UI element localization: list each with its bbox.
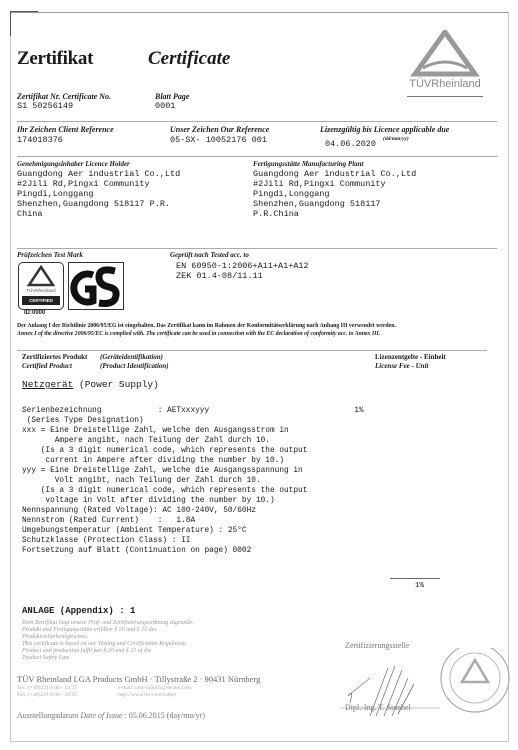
appendix-note: Product Safety Law.: [22, 655, 194, 662]
date-of-issue: Ausstellungsdatum Date of Issue : 05.06.…: [17, 711, 205, 720]
certified-product-label-de: Zertifiziertes Produkt: [22, 353, 87, 361]
licence-holder-label: Genehmigungsinhaber Licence Holder: [17, 160, 130, 168]
address-line: P.R.China: [253, 209, 416, 219]
appendix-label: ANLAGE (Appendix) : 1: [22, 606, 135, 616]
title-de: Zertifikat: [17, 48, 93, 70]
divider: [17, 156, 497, 157]
appendix-note: Product and production fulfil par § 20 a…: [22, 648, 194, 655]
logo-underline: [407, 96, 483, 97]
legal-text-en: Annex I of the directive 2006/95/EC is c…: [17, 330, 380, 338]
product-identification-label-en: (Product Identification): [100, 362, 169, 370]
page-number: 0001: [155, 101, 175, 111]
test-mark-label: Prüfzeichen Test Mark: [17, 251, 83, 259]
frame-corner: [10, 11, 11, 36]
product-name-en: (Power Supply): [79, 379, 159, 390]
issuer-company: TÜV Rheinland LGA Products GmbH · Tillys…: [17, 674, 260, 684]
product-line: voltage in Volt after dividing the numbe…: [22, 496, 364, 506]
total-line: [390, 578, 440, 579]
client-reference: 174018376: [17, 135, 63, 145]
tuv-certified-mark: TÜVRheinland CERTIFIED: [18, 262, 64, 310]
certificate-number: S1 50256149: [17, 101, 73, 111]
signatory-name: Dipl.-Ing. T. Stoebel: [345, 703, 411, 712]
address-line: Shenzhen,Guangdong 518117 P.R.: [17, 199, 180, 209]
divider: [17, 350, 487, 351]
product-identification-label-de: (Geräteidentifikation): [100, 353, 163, 361]
appendix-note: Produkt und Fertigungsstätte erfüllen § …: [22, 627, 194, 634]
licence-fee-label-de: Lizenzentgelte - Einheit: [375, 353, 446, 361]
appendix-note: Produktsicherheitsgesetzes.: [22, 634, 194, 641]
standard: ZEK 01.4-08/11.11: [176, 271, 309, 281]
frame-corner: [10, 11, 38, 12]
product-line: Nennspannung (Rated Voltage): AC 100-240…: [22, 506, 364, 516]
mark-text: TÜVRheinland: [19, 288, 63, 293]
issuer-website[interactable]: http://www.tuv.com/safety: [118, 692, 176, 699]
appendix-note: Dem Zertifikat liegt unsere Prüf- und Ze…: [22, 620, 194, 627]
address-line: Pingdi,Longgang: [17, 189, 180, 199]
appendix-note: This certificate is based on our Testing…: [22, 641, 194, 648]
issuer-tel: Tel.: (+49)221/8 06 - 13 71: [17, 685, 77, 692]
manufacturing-plant-address: Guangdong Aer industrial Co.,Ltd #2Jili …: [253, 169, 416, 219]
product-line: Ampere angibt, nach Teilung der Zahl dur…: [22, 436, 364, 446]
product-line: Volt angibt, nach Teilung der Zahl durch…: [22, 476, 364, 486]
certificate-number-label: Zertifikat Nr. Certificate No.: [17, 92, 111, 101]
expiry-date: 04.06.2020: [325, 139, 376, 149]
gs-logo-icon: [69, 263, 123, 309]
expiry-format: (dd/mm/yy): [383, 136, 409, 142]
tuv-triangle-icon: [405, 30, 485, 78]
issue-label-en: Date of Issue: [80, 711, 122, 720]
divider: [17, 248, 497, 249]
gs-mark: [68, 262, 124, 310]
mark-id: ID:0000: [24, 310, 45, 316]
product-name: Netzgerät (Power Supply): [22, 380, 159, 390]
address-line: #2Jili Rd,Pingxi Community: [17, 179, 180, 189]
product-line: xxx = Eine Dreistellige Zahl, welche den…: [22, 426, 364, 436]
product-line: Umgebungstemperatur (Ambient Temperature…: [22, 526, 364, 536]
product-line: (Is a 3 digit numerical code, which repr…: [22, 486, 364, 496]
expiry-label: Lizenzgültig bis Licence applicable due: [320, 125, 449, 134]
certified-badge: CERTIFIED: [22, 296, 60, 305]
product-line: current in Ampere after dividing the num…: [22, 456, 364, 466]
issuer-email[interactable]: e-mail: cert-validity@de.tuv.com: [118, 685, 191, 692]
licence-holder-address: Guangdong Aer industrial Co.,Ltd #2Jili …: [17, 169, 180, 219]
title-en: Certificate: [148, 48, 230, 70]
divider: [17, 121, 497, 122]
product-line: (Is a 3 digit numerical code, which repr…: [22, 446, 364, 456]
address-line: Pingdi,Longgang: [253, 189, 416, 199]
our-reference-label: Unser Zeichen Our Reference: [170, 125, 269, 134]
address-line: Guangdong Aer industrial Co.,Ltd: [253, 169, 416, 179]
legal-text-de: Der Anhang I der Richtlinie 2006/95/EG i…: [17, 322, 396, 330]
address-line: China: [17, 209, 180, 219]
address-line: Shenzhen,Guangdong 518117: [253, 199, 416, 209]
issue-date: : 05.06.2015 (day/mo/yr): [125, 711, 205, 720]
issue-label-de: Ausstellungsdatum: [17, 711, 78, 720]
page-label: Blatt Page: [155, 92, 189, 101]
product-details: Serienbezeichnung : AETxxxyyy 1% (Series…: [22, 406, 364, 556]
issuer-fax: Fax: (+49)221/8 06 - 39 35: [17, 692, 77, 699]
standard: EN 60950-1:2006+A11+A1+A12: [176, 261, 309, 271]
licence-fee-total: 1%: [415, 581, 424, 591]
manufacturing-plant-label: Fertigungsstätte Manufacturing Plant: [253, 160, 363, 168]
product-line: Schutzklasse (Protection Class) : II: [22, 536, 364, 546]
product-line: Nennstrom (Rated Current) : 1.8A: [22, 516, 364, 526]
licence-fee-label-en: License Fee - Unit: [375, 362, 428, 370]
tested-according-label: Geprüft nach Tested acc. to: [170, 251, 249, 259]
product-line: Serienbezeichnung : AETxxxyyy 1%: [22, 406, 364, 416]
address-line: Guangdong Aer industrial Co.,Ltd: [17, 169, 180, 179]
tuv-logo: TÜVRheinland: [405, 30, 485, 100]
product-line: Fortsetzung auf Blatt (Continuation on p…: [22, 546, 364, 556]
product-line: (Series Type Designation): [22, 416, 364, 426]
client-reference-label: Ihr Zeichen Client Reference: [17, 125, 114, 134]
product-name-de: Netzgerät: [22, 379, 73, 390]
appendix-notes: Dem Zertifikat liegt unsere Prüf- und Ze…: [22, 620, 194, 662]
product-line: yyy = Eine Dreistellige Zahl, welche die…: [22, 466, 364, 476]
our-reference: 05-SX- 10052176 001: [170, 135, 267, 145]
logo-text: TÜVRheinland: [405, 78, 485, 90]
certified-product-label-en: Certified Product: [22, 362, 72, 370]
standards-list: EN 60950-1:2006+A11+A1+A12 ZEK 01.4-08/1…: [176, 261, 309, 281]
address-line: #2Jili Rd,Pingxi Community: [253, 179, 416, 189]
